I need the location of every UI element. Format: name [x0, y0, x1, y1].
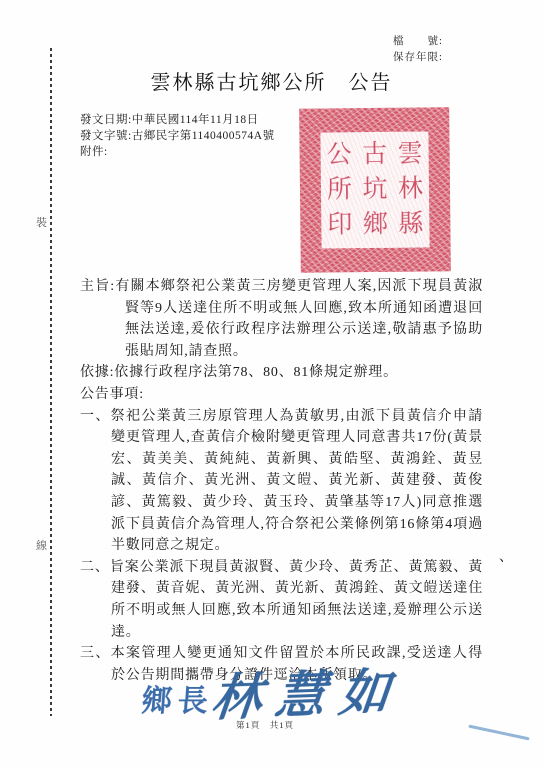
ref-no-value: 古鄉民字第1140400574A號	[132, 130, 275, 142]
binding-mark-xian: 線	[36, 537, 47, 553]
subject-label: 主旨:	[80, 279, 115, 294]
ref-no-label: 發文字號:	[80, 130, 132, 142]
seal-character: 印	[327, 208, 352, 242]
issue-date-value: 中華民國114年11月18日	[132, 114, 259, 126]
attachment-label: 附件:	[80, 146, 108, 158]
seal-column-middle: 古 坑 鄉	[362, 138, 388, 242]
seal-character: 公	[326, 138, 351, 172]
item-text: 旨案公業派下現員黃淑賢、黃少玲、黃秀芷、黃篤毅、黃建發、黃音妮、黃光洲、黃光新、…	[110, 560, 483, 640]
seal-character: 林	[398, 172, 423, 206]
seal-column-right: 雲 林 縣	[397, 138, 423, 242]
seal-character: 古	[362, 138, 387, 172]
basis-paragraph: 依據:依據行政程序法第78、80、81條規定辦理。	[80, 362, 483, 384]
subject-paragraph: 主旨:有關本鄉祭祀公業黃三房變更管理人案,因派下現員黃淑賢等9人送達住所不明或無…	[80, 276, 483, 362]
item-number: 二、	[80, 560, 110, 575]
binding-dashed-line	[50, 48, 52, 716]
retention-period-label: 保存年限:	[393, 52, 443, 63]
item-number: 一、	[80, 409, 111, 424]
item-number: 三、	[80, 646, 111, 661]
seal-character: 縣	[398, 207, 423, 241]
seal-character: 雲	[397, 138, 422, 172]
seal-character: 所	[327, 173, 352, 207]
attachment-line: 附件:	[80, 145, 275, 161]
basis-label: 依據:	[80, 365, 114, 380]
basis-text: 依據行政程序法第78、80、81條規定辦理。	[114, 365, 398, 380]
item-text: 祭祀公業黃三房原管理人為黃敏男,由派下員黃信介申請變更管理人,查黃信介檢附變更管…	[111, 409, 483, 554]
announcement-item-1: 一、祭祀公業黃三房原管理人為黃敏男,由派下員黃信介申請變更管理人,查黃信介檢附變…	[80, 406, 483, 557]
items-header: 公告事項:	[80, 384, 483, 406]
ref-no-line: 發文字號:古鄉民字第1140400574A號	[80, 129, 275, 145]
announcement-item-2: 二、旨案公業派下現員黃淑賢、黃少玲、黃秀芷、黃篤毅、黃建發、黃音妮、黃光洲、黃光…	[80, 557, 483, 643]
signature-title: 鄉長	[140, 676, 215, 720]
seal-character: 坑	[362, 173, 387, 207]
seal-column-left: 公 所 印	[326, 138, 352, 242]
binding-mark-zhuang: 裝	[36, 214, 47, 230]
official-seal-inner: 公 所 印 古 坑 鄉 雲 林 縣	[320, 131, 429, 248]
issue-date-line: 發文日期:中華民國114年11月18日	[80, 113, 275, 129]
subject-text: 有關本鄉祭祀公業黃三房變更管理人案,因派下現員黃淑賢等9人送達住所不明或無人回應…	[115, 279, 483, 359]
announcement-body: 主旨:有關本鄉祭祀公業黃三房變更管理人案,因派下現員黃淑賢等9人送達住所不明或無…	[80, 276, 483, 686]
announcement-page: 裝 線 檔 號:保存年限: 雲林縣古坑鄉公所 公告 發文日期:中華民國114年1…	[0, 0, 543, 768]
issuance-meta: 發文日期:中華民國114年11月18日 發文字號:古鄉民字第1140400574…	[80, 113, 275, 160]
issue-date-label: 發文日期:	[80, 114, 132, 126]
file-number-label: 檔 號:	[393, 36, 443, 47]
document-title: 雲林縣古坑鄉公所 公告	[0, 66, 543, 95]
official-seal: 公 所 印 古 坑 鄉 雲 林 縣	[299, 107, 451, 273]
page-footer: 第1頁 共1頁	[0, 719, 530, 731]
seal-character: 鄉	[363, 208, 388, 242]
stray-punctuation-mark: 、	[499, 546, 513, 566]
archival-labels: 檔 號:保存年限:	[393, 34, 443, 66]
